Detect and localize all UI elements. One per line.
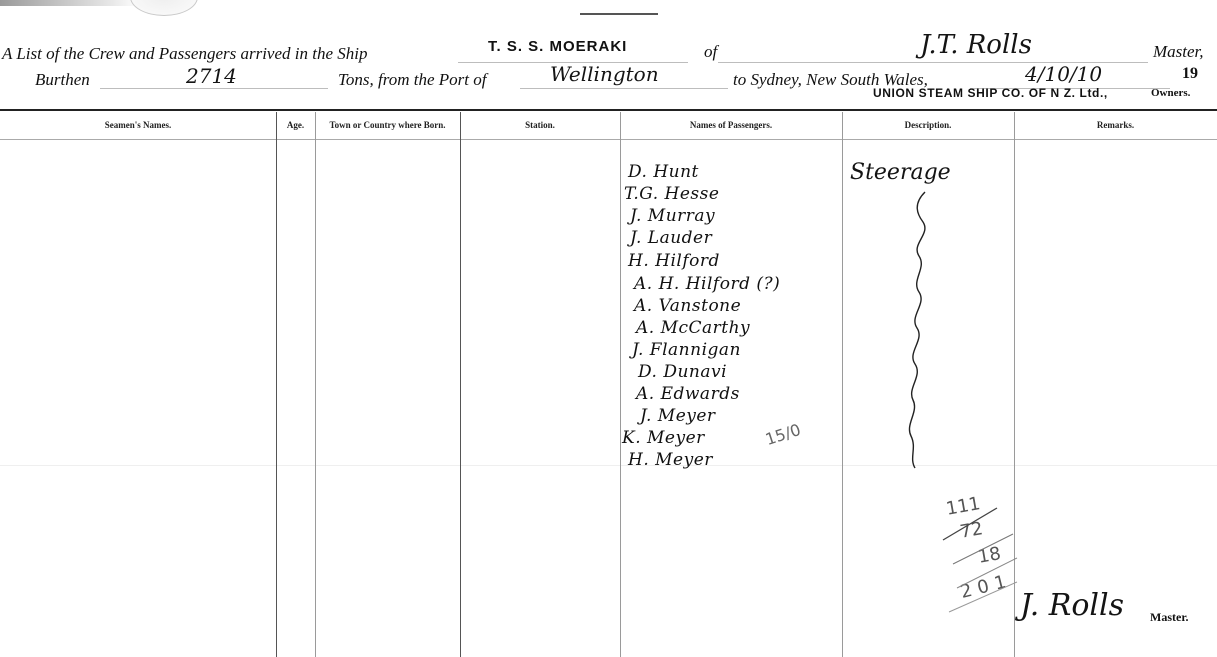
passenger-name: J. Flannigan (632, 340, 741, 360)
port-value: Wellington (550, 62, 659, 86)
footer-master-label: Master. (1150, 610, 1189, 625)
title-line: A List of the Crew and Passengers arrive… (2, 44, 368, 64)
scan-shadow (0, 0, 140, 6)
passenger-name: T.G. Hesse (624, 184, 719, 204)
ditto-squiggle-icon (895, 190, 935, 470)
passenger-name: A. Vanstone (634, 296, 741, 316)
col-remarks: Remarks. (1014, 112, 1217, 138)
passenger-name: J. Lauder (630, 228, 712, 248)
divider-age (276, 112, 277, 657)
passenger-name: A. McCarthy (636, 318, 750, 338)
tally-lines-icon (935, 500, 1025, 620)
divider-description (842, 112, 843, 657)
master-signature: J. Rolls (1020, 588, 1124, 623)
description-value: Steerage (850, 160, 951, 185)
passenger-name: H. Meyer (628, 450, 713, 470)
port-underline (520, 88, 728, 89)
header-rule (0, 109, 1217, 111)
owners-label: Owners. (1151, 87, 1190, 99)
col-description: Description. (842, 112, 1014, 138)
passenger-name: H. Hilford (628, 251, 720, 271)
passenger-name: A. Edwards (636, 384, 740, 404)
col-born: Town or Country where Born. (315, 112, 460, 138)
header-bottom-rule (0, 139, 1217, 140)
burthen-value: 2714 (186, 64, 237, 88)
passenger-name: A. H. Hilford (?) (634, 274, 780, 294)
col-station: Station. (460, 112, 620, 138)
divider-station (460, 112, 461, 657)
of-label: of (704, 42, 717, 62)
passenger-name: J. Murray (630, 206, 715, 226)
margin-note: 15/0 (763, 420, 803, 449)
date-value: 4/10/10 (1025, 62, 1102, 86)
passenger-name: D. Dunavi (638, 362, 727, 382)
seal-stamp (130, 0, 198, 16)
burthen-label: Burthen (35, 70, 90, 90)
burthen-underline (100, 88, 328, 89)
year-suffix: 19 (1182, 65, 1198, 83)
master-name-handwritten: J.T. Rolls (920, 30, 1032, 60)
top-rule (580, 13, 658, 15)
fold-line (0, 465, 1217, 466)
passenger-name: J. Meyer (640, 406, 716, 426)
passenger-name: K. Meyer (622, 428, 705, 448)
col-seamens-names: Seamen's Names. (0, 112, 276, 138)
col-age: Age. (276, 112, 315, 138)
owners-company: UNION STEAM SHIP CO. OF N Z. Ltd., (873, 86, 1108, 100)
col-passengers: Names of Passengers. (620, 112, 842, 138)
tons-label: Tons, from the Port of (338, 70, 486, 90)
divider-passengers (620, 112, 621, 657)
divider-born (315, 112, 316, 657)
ship-name: T. S. S. MOERAKI (488, 38, 627, 55)
master-label: Master, (1153, 42, 1204, 62)
passenger-name: D. Hunt (628, 162, 699, 182)
